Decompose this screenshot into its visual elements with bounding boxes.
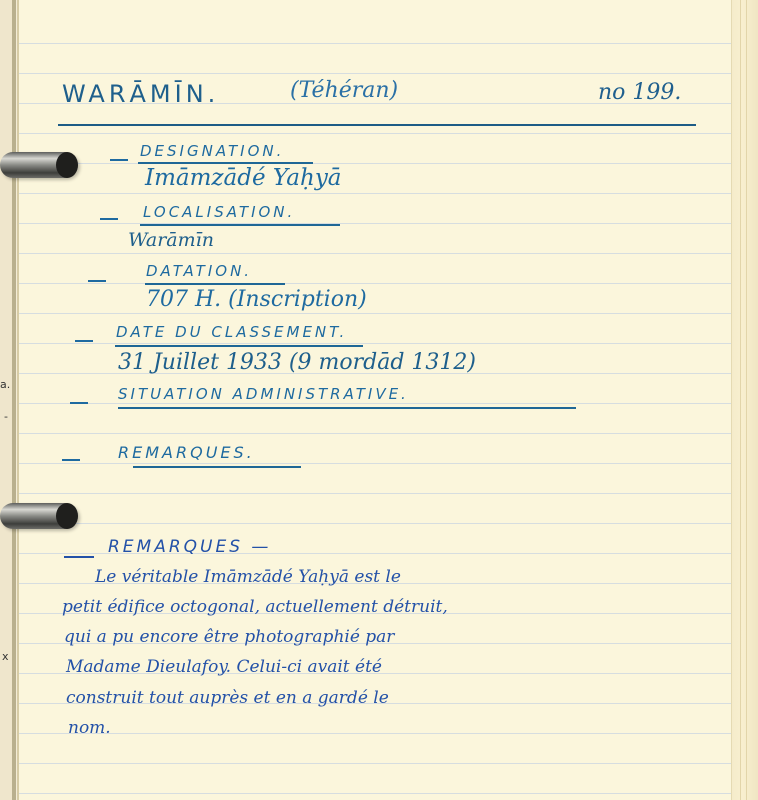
section-value-localisation: Warāmīn — [128, 229, 214, 251]
bullet-dash — [88, 280, 106, 282]
stacked-page-edges — [731, 0, 758, 800]
bullet-dash — [75, 340, 93, 342]
section-label-designation: DESIGNATION. — [140, 142, 284, 160]
remarks-line-4: Madame Dieulafoy. Celui-ci avait été — [66, 657, 382, 677]
remarks-heading: REMARQUES — — [108, 537, 271, 557]
label-underline — [133, 466, 301, 468]
header-rule — [58, 124, 696, 126]
section-value-designation: Imāmzādé Yaḥyā — [145, 165, 342, 191]
label-underline — [140, 224, 340, 226]
record-number: no 199. — [598, 80, 681, 105]
bullet-dash — [62, 459, 80, 461]
bullet-dash — [100, 218, 118, 220]
section-label-localisation: LOCALISATION. — [143, 203, 295, 221]
binding-shadow — [12, 0, 16, 800]
label-underline — [145, 283, 285, 285]
section-value-date-classement: 31 Juillet 1933 (9 mordād 1312) — [118, 350, 476, 375]
section-label-datation: DATATION. — [146, 262, 252, 280]
margin-mark-a: a. — [0, 378, 10, 391]
remarks-line-1: Le véritable Imāmzādé Yaḥyā est le — [95, 567, 401, 587]
ring-hole-bottom — [56, 503, 78, 529]
label-underline — [115, 345, 363, 347]
margin-mark-x: x — [2, 650, 9, 663]
section-label-situation: SITUATION ADMINISTRATIVE. — [118, 385, 409, 403]
label-underline — [138, 162, 313, 164]
section-label-remarques: REMARQUES. — [118, 443, 255, 462]
bullet-dash — [70, 402, 88, 404]
remarks-line-6: nom. — [68, 718, 111, 738]
place-title: WARĀMĪN. — [62, 80, 219, 108]
remarks-line-5: construit tout auprès et en a gardé le — [66, 688, 389, 708]
remarks-line-2: petit édifice octogonal, actuellement dé… — [62, 597, 448, 617]
ring-hole-top — [56, 152, 78, 178]
bullet-dash — [64, 556, 94, 558]
section-value-datation: 707 H. (Inscription) — [146, 287, 367, 312]
region-label: (Téhéran) — [290, 78, 398, 103]
bullet-dash — [110, 159, 128, 161]
remarks-line-3: qui a pu encore être photographié par — [64, 627, 394, 647]
margin-mark-dash: - — [4, 410, 8, 423]
section-label-date-classement: DATE DU CLASSEMENT. — [116, 323, 347, 341]
label-underline — [118, 407, 576, 409]
